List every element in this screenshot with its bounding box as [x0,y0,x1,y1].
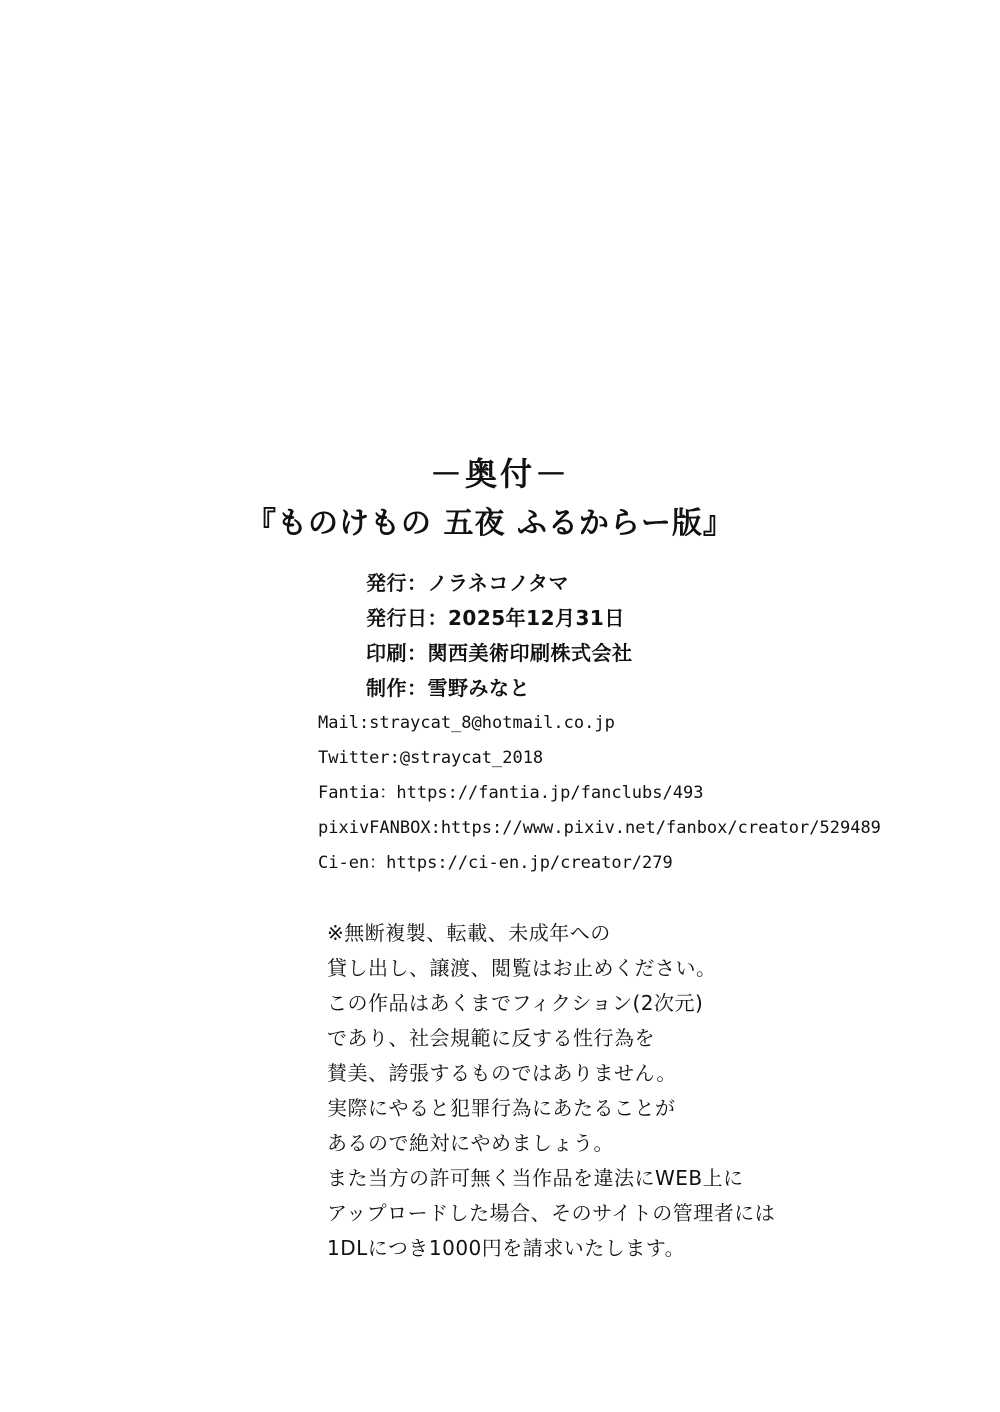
label-separator: ： [407,641,428,665]
contact-fantia: Fantia：https://fantia.jp/fanclubs/493 [318,776,881,811]
publication-row-creator: 制作：雪野みなと [366,671,633,706]
book-title: 『ものけもの 五夜 ふるからー版』 [0,504,980,544]
disclaimer: ※無断複製、転載、未成年への 貸し出し、譲渡、閲覧はお止めください。 この作品は… [327,916,775,1266]
disclaimer-line: 賛美、誇張するものではありません。 [327,1056,775,1091]
disclaimer-line: であり、社会規範に反する性行為を [327,1021,775,1056]
disclaimer-line: この作品はあくまでフィクション(2次元) [327,986,775,1021]
disclaimer-line: また当方の許可無く当作品を違法にWEB上に [327,1161,775,1196]
disclaimer-line: 貸し出し、譲渡、閲覧はお止めください。 [327,951,775,986]
publication-value: 関西美術印刷株式会社 [428,641,633,665]
publication-info: 発行：ノラネコノタマ 発行日：2025年12月31日 印刷：関西美術印刷株式会社… [366,566,633,706]
publication-label: 発行日 [366,606,428,630]
label-separator: ： [407,571,428,595]
contact-cien: Ci-en：https://ci-en.jp/creator/279 [318,846,881,881]
publication-row-printer: 印刷：関西美術印刷株式会社 [366,636,633,671]
publication-label: 印刷 [366,641,407,665]
contact-twitter: Twitter:@straycat_2018 [318,741,881,776]
publication-label: 制作 [366,676,407,700]
colophon-page: －奥付－ 『ものけもの 五夜 ふるからー版』 発行：ノラネコノタマ 発行日：20… [0,0,1000,1412]
disclaimer-line: アップロードした場合、そのサイトの管理者には [327,1196,775,1231]
label-separator: ： [428,606,449,630]
publication-row-date: 発行日：2025年12月31日 [366,601,633,636]
contact-info: Mail:straycat_8@hotmail.co.jp Twitter:@s… [318,706,881,881]
disclaimer-line: 1DLにつき1000円を請求いたします。 [327,1231,775,1266]
publication-value: 雪野みなと [428,676,531,700]
label-separator: ： [407,676,428,700]
publication-label: 発行 [366,571,407,595]
publication-row-publisher: 発行：ノラネコノタマ [366,566,633,601]
publication-value: 2025年12月31日 [448,606,625,630]
disclaimer-line: 実際にやると犯罪行為にあたることが [327,1091,775,1126]
disclaimer-line: ※無断複製、転載、未成年への [327,916,775,951]
contact-mail: Mail:straycat_8@hotmail.co.jp [318,706,881,741]
disclaimer-line: あるので絶対にやめましょう。 [327,1126,775,1161]
publication-value: ノラネコノタマ [428,571,570,595]
section-title: －奥付－ [0,456,1000,492]
contact-pixivfanbox: pixivFANBOX:https://www.pixiv.net/fanbox… [318,811,881,846]
